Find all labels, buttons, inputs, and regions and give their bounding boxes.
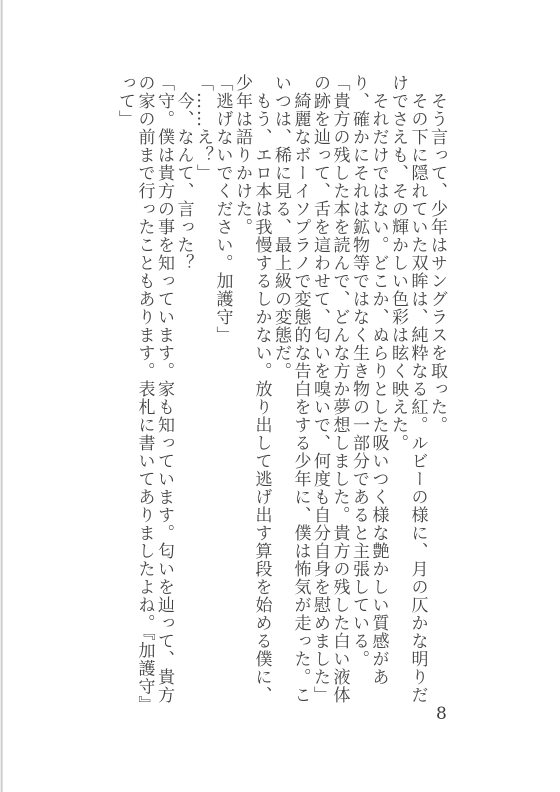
page-number: 8 [436, 704, 447, 724]
paragraph: そう言って、少年はサングラスを取った。 [427, 74, 447, 706]
book-page: そう言って、少年はサングラスを取った。 その下に隠れていた双眸は、純粋なる紅。ル… [0, 0, 560, 792]
paragraph: 今、なんて、言った？ [173, 74, 193, 706]
paragraph: それだけではない。どこか、ぬらりとした吸いつく様な艶かしい質感があり、確かにそれ… [349, 74, 388, 706]
paragraph: 「守。僕は貴方の事を知っています。家も知っています。匂いを辿って、貴方の家の前ま… [115, 74, 174, 706]
paragraph: 「……え？」 [193, 74, 213, 706]
vertical-text-block: そう言って、少年はサングラスを取った。 その下に隠れていた双眸は、純粋なる紅。ル… [115, 74, 447, 706]
paragraph: 綺麗なボーイソプラノで変態的な告白をする少年に、僕は怖気が走った。こいつは、稀に… [271, 74, 310, 706]
paragraph: 「貴方の残した本を読んで、どんな方か夢想しました。貴方の残した白い液体の跡を辿っ… [310, 74, 349, 706]
page-left-edge [0, 0, 3, 792]
paragraph: その下に隠れていた双眸は、純粋なる紅。ルビーの様に、月の仄かな明りだけでさえも、… [388, 74, 427, 706]
paragraph: もう、エロ本は我慢するしかない。放り出して逃げ出す算段を始める僕に、少年は語りか… [232, 74, 271, 706]
paragraph: 「逃げないでください。加護守」 [212, 74, 232, 706]
